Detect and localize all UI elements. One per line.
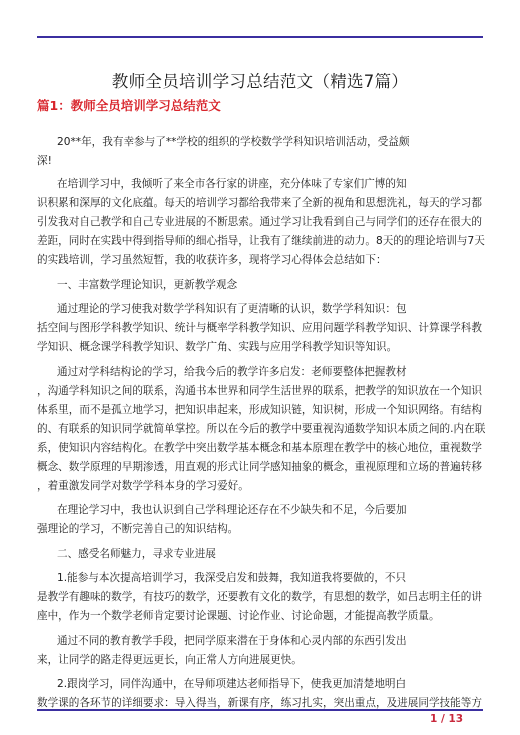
text-line: 2.跟岗学习，同伴沟通中，在导师项建达老师指导下，使我更加清楚地明白 (57, 677, 406, 691)
header-rule (37, 36, 483, 38)
text-line: 数学课的各环节的详细要求：导入得当，新课有序，练习扎实，突出重点，及进展同学技能… (37, 696, 482, 710)
text-line: 概念、数学原理的早期渗透，用直观的形式让同学感知抽象的概念，重视原理和立场的普遍… (37, 460, 482, 474)
text-line: 是教学有趣味的数学，有技巧的数学，还要教有文化的数学，有思想的数学，如吕志明主任… (37, 590, 482, 604)
text-line: 深! (37, 154, 52, 168)
text-line: 的、有联系的知识同学就简单掌控。所以在今后的教学中要重视沟通数学知识本质之间的.… (37, 422, 485, 436)
text-line: 强理论的学习，不断完善自己的知识结构。 (37, 522, 238, 536)
text-line: 在理论学习中，我也认识到自己学科理论还存在不少缺失和不足，今后要加 (57, 503, 407, 517)
page-number: 1 / 13 (430, 713, 463, 725)
text-line: 1.能参与本次提高培训学习，我深受启发和鼓舞，我知道我将要做的，不只 (57, 571, 406, 585)
section-heading: 篇1：教师全员培训学习总结范文 (37, 96, 221, 114)
text-line: 差距，同时在实践中得到指导师的细心指导，让我有了继续前进的动力。8天的的理论培训… (37, 234, 485, 248)
text-line: 20**年，我有幸参与了**学校的组织的学校数学学科知识培训活动，受益颇 (57, 135, 409, 149)
text-line: 学知识、概念课学科教学知识、数学广角、实践与应用学科教学知识等知识。 (37, 340, 397, 354)
text-line: 来，让同学的路走得更远更长，向正常人方向进展更快。 (37, 653, 302, 667)
text-line: 的实践培训，学习虽然短暂，我的收获许多，现将学习心得体会总结如下： (37, 253, 387, 267)
text-line: 一、丰富数学理论知识，更新教学观念 (57, 278, 237, 292)
text-line: 通过理论的学习使我对数学学科知识有了更清晰的认识，数学学科知识：包 (57, 302, 407, 316)
text-line: 识积累和深厚的文化底蕴。每天的培训学习都给我带来了全新的视角和思想洗礼，每天的学… (37, 196, 482, 210)
text-line: ，沟通学科知识之间的联系，沟通书本世界和同学生活世界的联系，把教学的知识放在一个… (37, 384, 482, 398)
text-line: ，着重激发同学对数学学科本身的学习爱好。 (37, 479, 249, 493)
text-line: 通过对学科结构论的学习，给我今后的教学许多启发：老师要整体把握教材 (57, 365, 407, 379)
text-line: 系，使知识内容结构化。在教学中突出数学基本概念和基本原理在教学中的核心地位，重视… (37, 441, 482, 455)
text-line: 通过不同的教育教学手段，把同学原来潜在于身体和心灵内部的东西引发出 (57, 634, 407, 648)
document-title: 教师全员培训学习总结范文（精选7篇） (0, 68, 520, 92)
text-line: 体系里，而不是孤立地学习，把知识串起来，形成知识链，知识树，形成一个知识网络。有… (37, 403, 482, 417)
text-line: 在培训学习中，我倾听了来全市各行家的讲座，充分体味了专家们广博的知 (57, 177, 407, 191)
text-line: 座中，作为一个数学老师肯定要讨论课题、讨论作业、讨论命题，才能提高教学质量。 (37, 609, 440, 623)
footer-rule (37, 709, 483, 711)
text-line: 括空间与图形学科教学知识、统计与概率学科教学知识、应用问题学科教学知识、计算课学… (37, 321, 482, 335)
text-line: 引发我对自己教学和自己专业进展的不断思索。通过学习让我看到自己与同学们的还存在很… (37, 215, 482, 229)
text-line: 二、感受名师魅力，寻求专业进展 (57, 547, 216, 561)
